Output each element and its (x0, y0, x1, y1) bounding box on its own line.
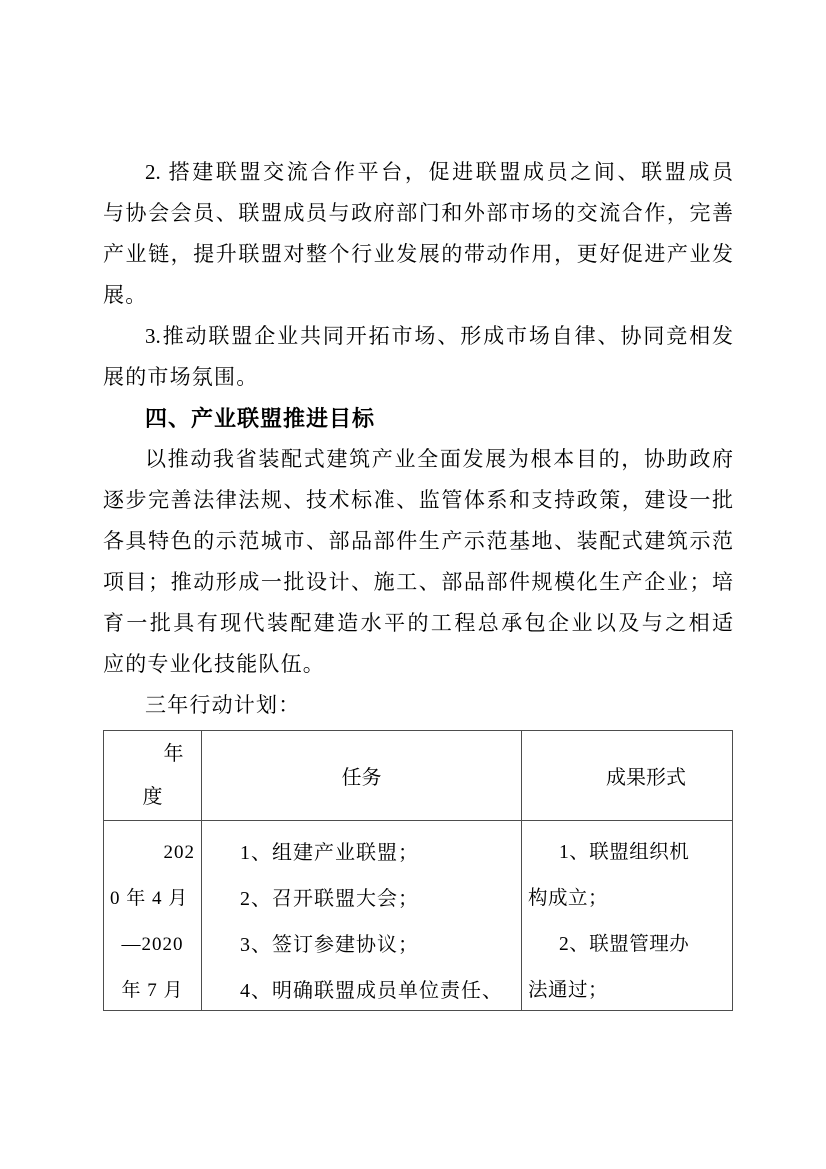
period-line: 年 7 月 (104, 968, 201, 1010)
para-goal-line: 应的专业化技能队伍。 (103, 644, 733, 685)
task-line: 4、明确联盟成员单位责任、 (202, 968, 521, 1010)
para-market-line: 3.推动联盟企业共同开拓市场、形成市场自律、协同竞相发 (103, 316, 733, 357)
para-goal-line: 育一批具有现代装配建造水平的工程总承包企业以及与之相适 (103, 603, 733, 644)
period-line: 0 年 4 月 (104, 876, 201, 922)
table-cell-results: 1、联盟组织机构成立；2、联盟管理办法通过； (522, 821, 732, 1010)
table-cell-tasks: 1、组建产业联盟；2、召开联盟大会；3、签订参建协议；4、明确联盟成员单位责任、 (202, 821, 522, 1010)
para-goal-line: 各具特色的示范城市、部品部件生产示范基地、装配式建筑示范 (103, 521, 733, 562)
result-line: 1、联盟组织机 (522, 830, 732, 876)
table-header-result: 成果形式 (522, 731, 732, 820)
action-plan-table: 年度 任务 成果形式 2020 年 4 月—2020年 7 月 1、组建产业联盟… (103, 730, 733, 1011)
result-line: 2、联盟管理办 (522, 922, 732, 968)
para-goal-line: 以推动我省装配式建筑产业全面发展为根本目的，协助政府 (103, 439, 733, 480)
table-header-year: 年度 (104, 731, 202, 820)
task-line: 3、签订参建协议； (202, 922, 521, 968)
period-line: —2020 (104, 922, 201, 968)
para-plan-label-line: 三年行动计划： (103, 685, 733, 726)
para-platform-line: 与协会会员、联盟成员与政府部门和外部市场的交流合作，完善 (103, 193, 733, 234)
result-line: 法通过； (522, 968, 732, 1010)
table-header-task-label: 任务 (342, 761, 382, 790)
table-header-result-label: 成果形式 (606, 761, 686, 790)
table-body-row: 2020 年 4 月—2020年 7 月 1、组建产业联盟；2、召开联盟大会；3… (104, 821, 732, 1010)
document-page: 2. 搭建联盟交流合作平台，促进联盟成员之间、联盟成员与协会会员、联盟成员与政府… (0, 0, 826, 1169)
para-platform-line: 展。 (103, 275, 733, 316)
result-line: 构成立； (522, 876, 732, 922)
table-header-row: 年度 任务 成果形式 (104, 731, 732, 821)
para-market-line: 展的市场氛围。 (103, 357, 733, 398)
para-platform-line: 2. 搭建联盟交流合作平台，促进联盟成员之间、联盟成员 (103, 152, 733, 193)
table-header-year-label: 年度 (118, 733, 188, 819)
period-line: 202 (104, 830, 201, 876)
para-goal-line: 逐步完善法律法规、技术标准、监管体系和支持政策，建设一批 (103, 480, 733, 521)
document-body-text: 2. 搭建联盟交流合作平台，促进联盟成员之间、联盟成员与协会会员、联盟成员与政府… (103, 152, 733, 726)
para-platform-line: 产业链，提升联盟对整个行业发展的带动作用，更好促进产业发 (103, 234, 733, 275)
heading-section-4-line: 四、产业联盟推进目标 (103, 398, 733, 439)
table-header-task: 任务 (202, 731, 522, 820)
task-line: 1、组建产业联盟； (202, 830, 521, 876)
para-goal-line: 项目；推动形成一批设计、施工、部品部件规模化生产企业；培 (103, 562, 733, 603)
table-cell-period: 2020 年 4 月—2020年 7 月 (104, 821, 202, 1010)
task-line: 2、召开联盟大会； (202, 876, 521, 922)
